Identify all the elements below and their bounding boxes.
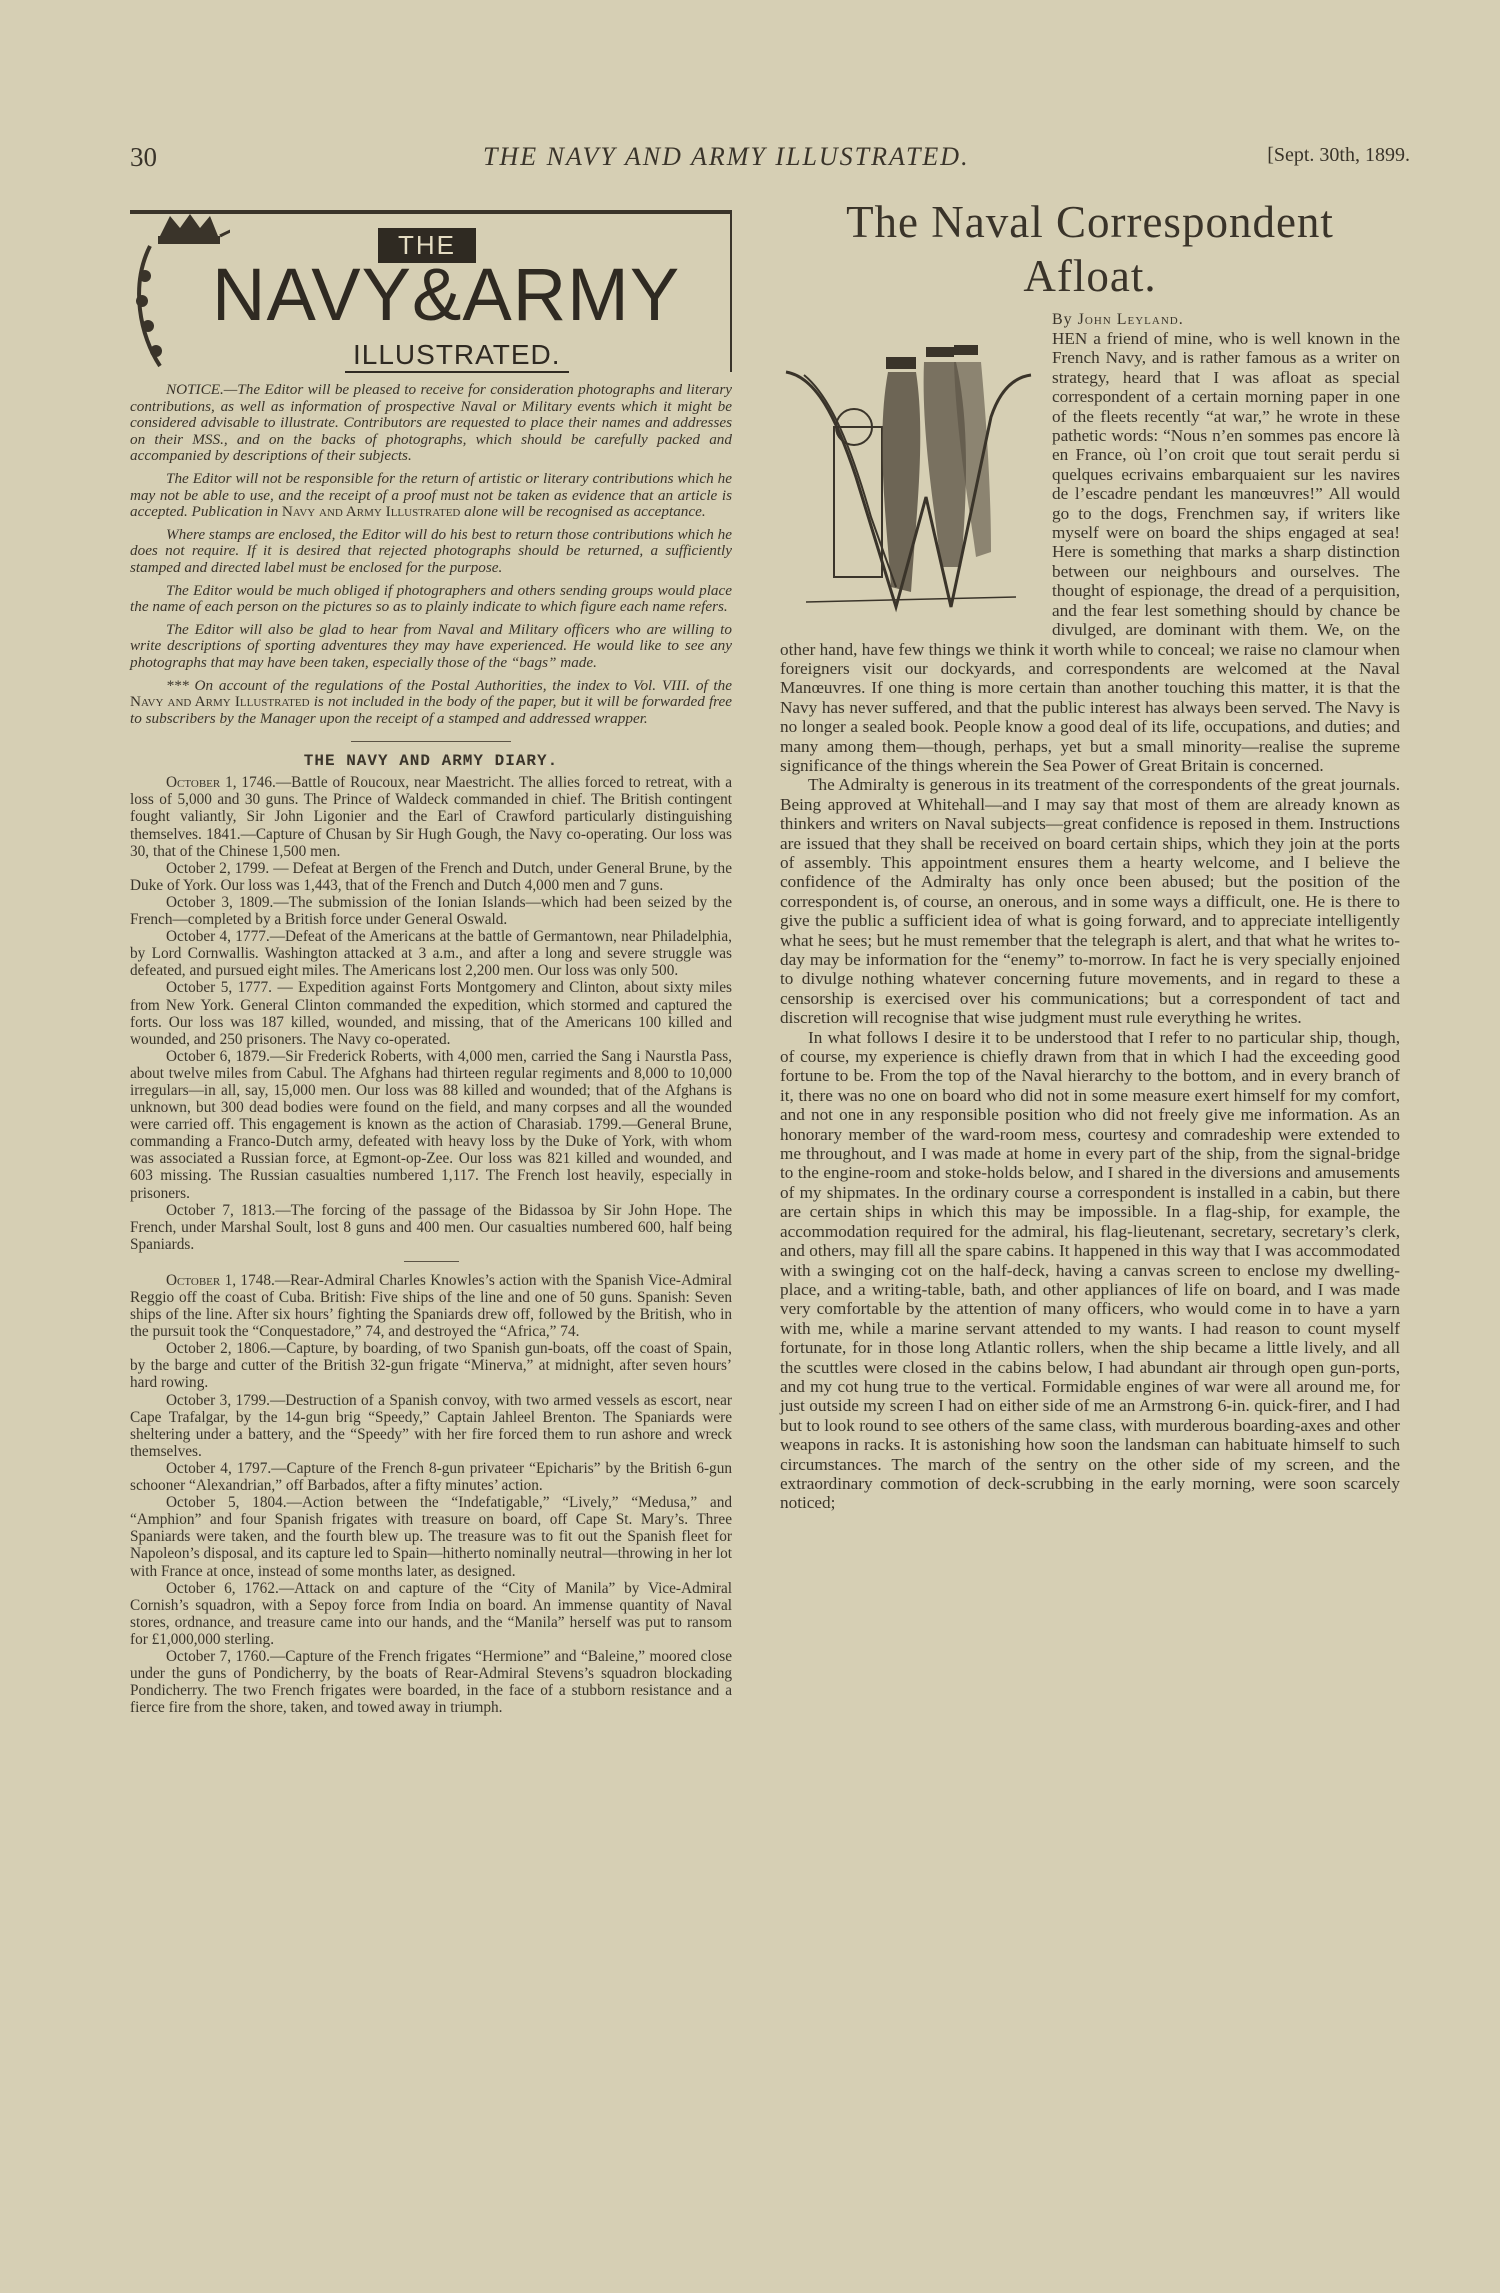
diary-date: October 4, 1797. [166,1460,271,1477]
byline: By John Leyland. [1035,311,1400,329]
diary-entry: October 1, 1746.—Battle of Roucoux, near… [130,774,732,859]
diary-entry: October 4, 1797.—Capture of the French 8… [130,1460,732,1494]
diary-entry: October 3, 1809.—The submission of the I… [130,894,732,928]
running-head: 30 THE NAVY AND ARMY ILLUSTRATED. [Sept.… [130,142,1410,172]
diary-date: October 5, 1804. [166,1494,287,1511]
page-number: 30 [130,142,157,173]
article-paragraph: In what follows I desire it to be unders… [780,1028,1400,1513]
diary-entry: October 4, 1777.—Defeat of the Americans… [130,928,732,979]
diary-date: October 1, 1748. [166,1272,275,1289]
diary-date: October 3, 1809. [166,894,273,911]
article-paragraph: The Admiralty is generous in its treatme… [780,775,1400,1027]
notice-paragraph: The Editor will not be responsible for t… [130,471,732,521]
author-name: John Leyland. [1078,311,1184,328]
diary-text: —Sir Frederick Roberts, with 4,000 men, … [130,1048,732,1202]
masthead-logo: THE NAVY&ARMY ILLUSTRATED. [130,210,732,372]
drop-cap-illustration [776,317,1036,617]
notice-paragraph: NOTICE.—The Editor will be pleased to re… [130,382,732,465]
diary-entry: October 7, 1760.—Capture of the French f… [130,1648,732,1716]
diary-entry: October 1, 1748.—Rear-Admiral Charles Kn… [130,1272,732,1340]
diary-date: October 6, 1879. [166,1048,270,1065]
diary-entry: October 7, 1813.—The forcing of the pass… [130,1202,732,1253]
diary-entries-1: October 1, 1746.—Battle of Roucoux, near… [130,774,732,1253]
article-title: The Naval Correspondent Afloat. [780,195,1400,303]
notice-paragraph: Where stamps are enclosed, the Editor wi… [130,527,732,577]
editor-notice: NOTICE.—The Editor will be pleased to re… [130,382,732,727]
diary-section: THE NAVY AND ARMY DIARY. October 1, 1746… [130,752,732,1716]
initial-w-sailors-icon [776,317,1036,617]
divider [351,741,511,742]
notice-paragraph: The Editor will also be glad to hear fro… [130,622,732,672]
diary-entry: October 2, 1806.—Capture, by boarding, o… [130,1340,732,1391]
notice-paragraph: *** On account of the regulations of the… [130,678,732,728]
diary-heading: THE NAVY AND ARMY DIARY. [130,752,732,770]
article-body: By John Leyland. HEN a friend of mine, w… [780,311,1400,1513]
masthead-title: NAVY&ARMY [212,258,680,332]
diary-date: October 5, 1777. [166,979,272,996]
diary-entry: October 2, 1799. — Defeat at Bergen of t… [130,860,732,894]
diary-date: October 7, 1813. [166,1202,275,1219]
left-column: THE NAVY&ARMY ILLUSTRATED. NOTICE.—The E… [130,210,732,1716]
diary-entry: October 6, 1879.—Sir Frederick Roberts, … [130,1048,732,1202]
diary-entries-2: October 1, 1748.—Rear-Admiral Charles Kn… [130,1272,732,1716]
diary-entry: October 5, 1777. — Expedition against Fo… [130,979,732,1047]
diary-date: October 4, 1777. [166,928,270,945]
journal-title: THE NAVY AND ARMY ILLUSTRATED. [483,142,970,172]
diary-date: October 3, 1799. [166,1392,270,1409]
divider [404,1261,459,1262]
diary-date: October 7, 1760. [166,1648,270,1665]
diary-date: October 2, 1799. [166,860,269,877]
diary-date: October 1, 1746. [166,774,276,791]
diary-entry: October 6, 1762.—Attack on and capture o… [130,1580,732,1648]
notice-paragraph: The Editor would be much obliged if phot… [130,583,732,616]
diary-date: October 2, 1806. [166,1340,271,1357]
issue-date: [Sept. 30th, 1899. [1267,144,1410,167]
masthead-subtitle: ILLUSTRATED. [345,339,569,373]
right-column: The Naval Correspondent Afloat. By John … [780,195,1400,1513]
diary-entry: October 3, 1799.—Destruction of a Spanis… [130,1392,732,1460]
diary-entry: October 5, 1804.—Action between the “Ind… [130,1494,732,1579]
diary-date: October 6, 1762. [166,1580,279,1597]
